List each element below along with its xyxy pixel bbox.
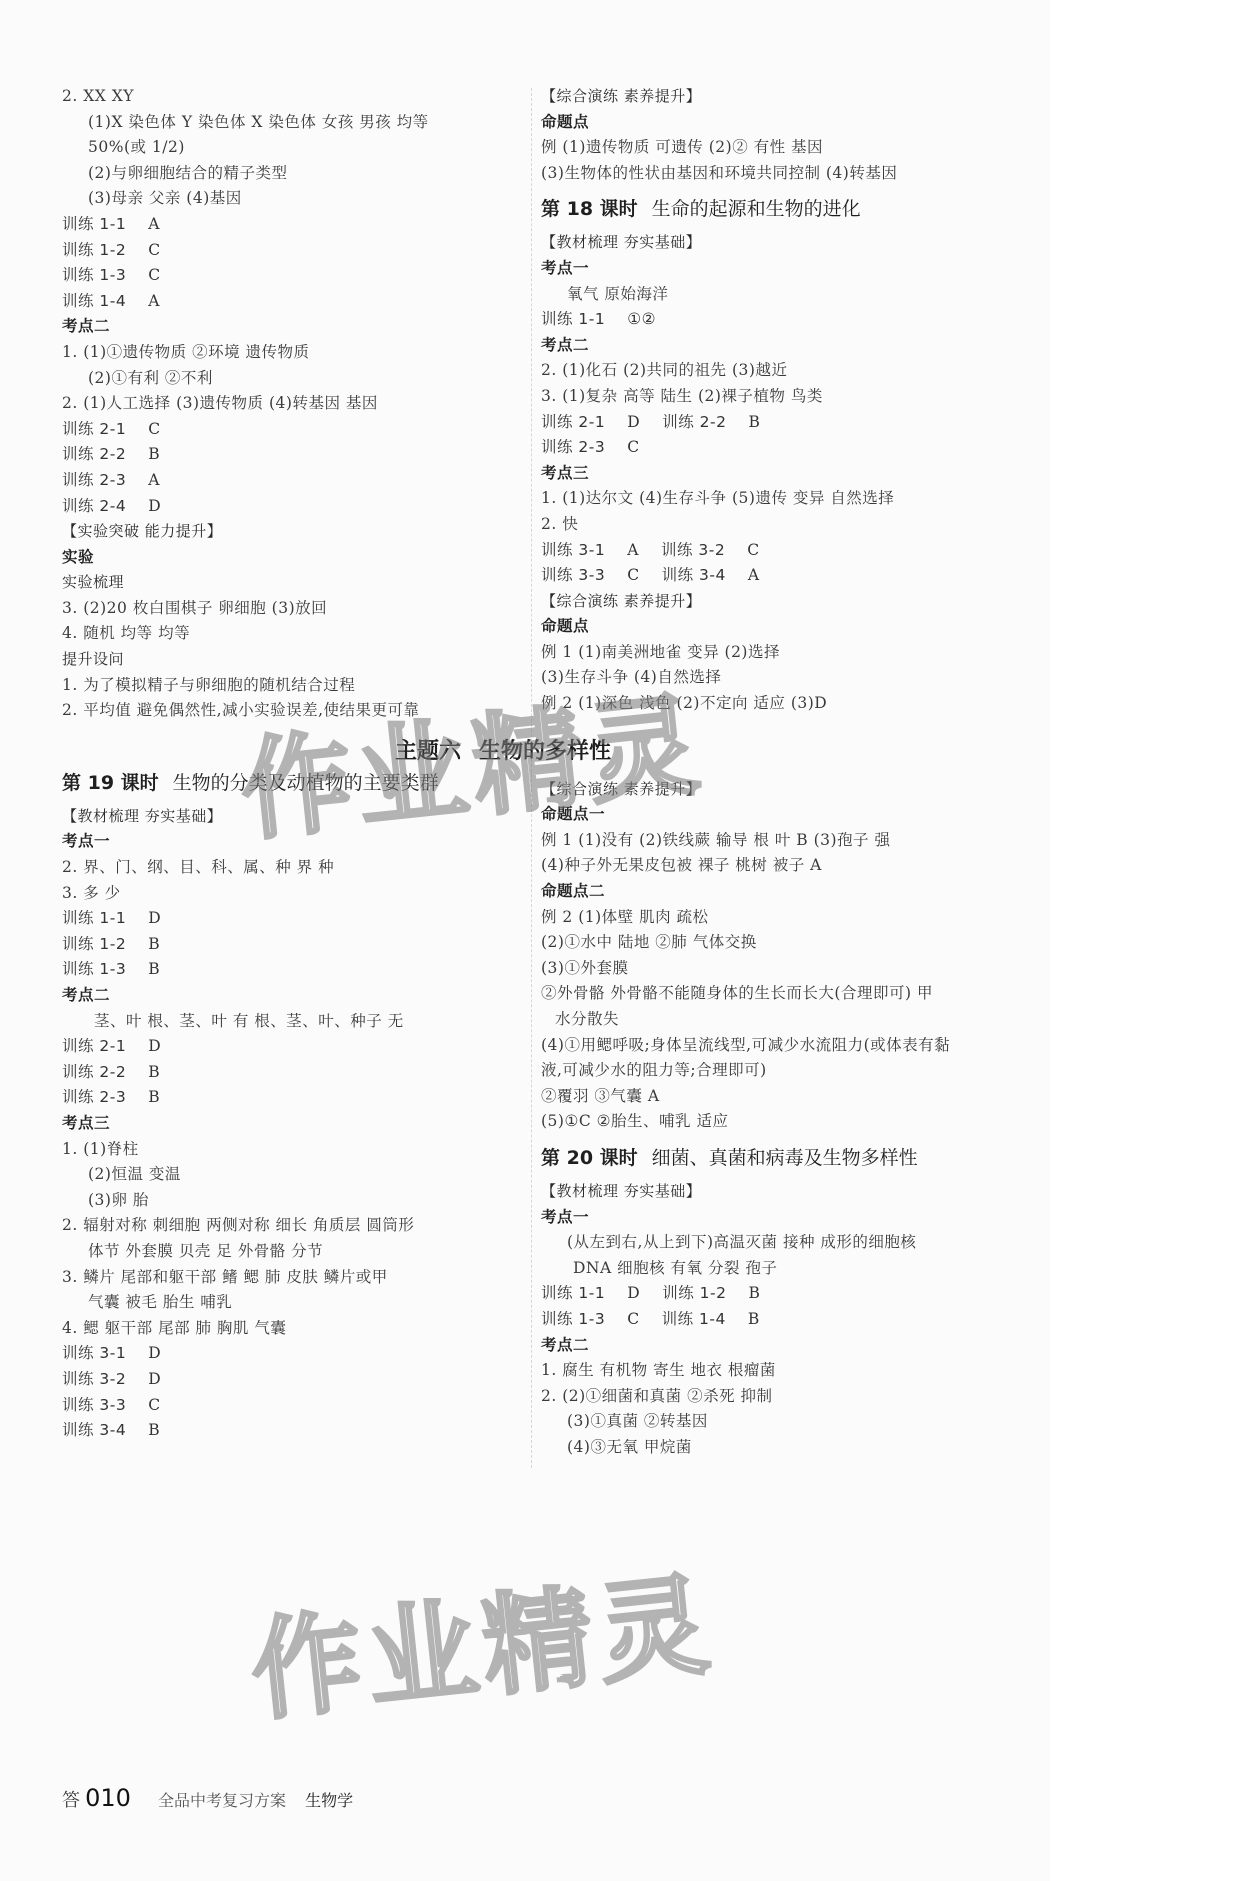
answer-line: 例 (1)遗传物质 可遗传 (2)② 有性 基因 (541, 135, 1021, 161)
drill-answer: 训练 2-4D (62, 494, 512, 520)
answer-line: 氧气 原始海洋 (541, 282, 1021, 308)
drill-answer-value: B (148, 935, 160, 953)
answer-line: (3)①真菌 ②转基因 (541, 1409, 1021, 1435)
drill-answer: 训练 2-1D训练 2-2B (541, 410, 1021, 436)
answer-line: 例 2 (1)体壁 肌肉 疏松 (541, 905, 1021, 931)
answer-line: 1. (1)脊柱 (62, 1137, 512, 1163)
drill-answer-value: B (748, 413, 760, 431)
answer-line: 体节 外套膜 贝壳 足 外骨骼 分节 (62, 1239, 512, 1265)
book-title: 全品中考复习方案 (158, 1791, 286, 1810)
drill-answer-value: B (148, 445, 160, 463)
drill-label: 训练 2-2 (62, 1063, 126, 1081)
section-label: 实验梳理 (62, 570, 512, 596)
drill-answer-value: A (148, 215, 160, 233)
answer-line: 2. 辐射对称 刺细胞 两侧对称 细长 角质层 圆筒形 (62, 1213, 512, 1239)
answer-line: (从左到右,从上到下)高温灭菌 接种 成形的细胞核 (541, 1230, 1021, 1256)
drill-label: 训练 1-2 (62, 241, 126, 259)
answer-line: 2. 快 (541, 512, 1021, 538)
drill-answer-value: A (748, 566, 760, 584)
left-answers-block-1: 2. XX XY(1)X 染色体 Y 染色体 X 染色体 女孩 男孩 均等50%… (62, 84, 512, 724)
subsection-heading: 考点三 (62, 1111, 512, 1137)
drill-label: 训练 2-3 (62, 1088, 126, 1106)
drill-answer-value: B (148, 1421, 160, 1439)
section-label: 【实验突破 能力提升】 (62, 519, 512, 545)
answer-line: (3)生物体的性状由基因和环境共同控制 (4)转基因 (541, 161, 1021, 187)
drill-answer-value: B (748, 1284, 760, 1302)
drill-label: 训练 3-4 (662, 566, 726, 584)
subject-label: 生物学 (305, 1791, 353, 1810)
drill-answer: 训练 1-1A (62, 212, 512, 238)
subsection-heading: 考点一 (541, 256, 1021, 282)
lesson-18-title: 第 18 课时生命的起源和生物的进化 (541, 192, 1021, 226)
answer-line: DNA 细胞核 有氧 分裂 孢子 (541, 1256, 1021, 1282)
answer-line: (2)①水中 陆地 ②肺 气体交换 (541, 930, 1021, 956)
drill-answer-value: D (627, 413, 640, 431)
answer-line: (5)①C ②胎生、哺乳 适应 (541, 1109, 1021, 1135)
subsection-heading: 考点二 (62, 983, 512, 1009)
answer-line: 50%(或 1/2) (62, 135, 512, 161)
drill-answer: 训练 1-3C (62, 263, 512, 289)
answer-line: (4)种子外无果皮包被 裸子 桃树 被子 A (541, 853, 1021, 879)
drill-answer-value: C (148, 241, 160, 259)
answer-line: (2)与卵细胞结合的精子类型 (62, 161, 512, 187)
drill-answer: 训练 2-3A (62, 468, 512, 494)
drill-answer-value: C (747, 541, 759, 559)
drill-label: 训练 1-1 (62, 215, 126, 233)
drill-answer: 训练 3-4B (62, 1418, 512, 1444)
drill-answer: 训练 2-3C (541, 435, 1021, 461)
drill-label: 训练 2-2 (62, 445, 126, 463)
subsection-heading: 命题点 (541, 110, 1021, 136)
drill-label: 训练 3-2 (62, 1370, 126, 1388)
drill-label: 训练 2-1 (62, 420, 126, 438)
subsection-heading: 命题点一 (541, 802, 1021, 828)
drill-answer-value: C (148, 266, 160, 284)
topic-heading: 主题六生物的多样性 (395, 734, 629, 765)
section-label: 【教材梳理 夯实基础】 (541, 230, 1021, 256)
drill-answer: 训练 2-2B (62, 1060, 512, 1086)
drill-answer-value: C (148, 1396, 160, 1414)
answer-line: (2)恒温 变温 (62, 1162, 512, 1188)
drill-label: 训练 3-3 (62, 1396, 126, 1414)
answer-line: 1. (1)达尔文 (4)生存斗争 (5)遗传 变异 自然选择 (541, 486, 1021, 512)
drill-answer-value: A (627, 541, 639, 559)
answer-line: 1. 为了模拟精子与卵细胞的随机结合过程 (62, 673, 512, 699)
drill-answer: 训练 1-4A (62, 289, 512, 315)
drill-label: 训练 3-1 (541, 541, 605, 559)
answer-line: 2. (1)化石 (2)共同的祖先 (3)越近 (541, 358, 1021, 384)
drill-label: 训练 1-1 (541, 1284, 605, 1302)
answer-line: (3)①外套膜 (541, 956, 1021, 982)
drill-label: 训练 3-2 (661, 541, 725, 559)
answer-line: 1. 腐生 有机物 寄生 地衣 根瘤菌 (541, 1358, 1021, 1384)
drill-answer: 训练 1-1①② (541, 307, 1021, 333)
drill-label: 训练 3-4 (62, 1421, 126, 1439)
drill-answer-value: D (148, 497, 161, 515)
drill-answer: 训练 3-1A训练 3-2C (541, 538, 1021, 564)
subsection-heading: 实验 (62, 545, 512, 571)
drill-answer-value: B (148, 1063, 160, 1081)
page-footer: 答 010 全品中考复习方案 生物学 (62, 1784, 353, 1812)
drill-answer: 训练 1-2C (62, 238, 512, 264)
watermark: 作业精灵 (243, 1536, 721, 1742)
answer-line: (4)③无氧 甲烷菌 (541, 1435, 1021, 1461)
drill-answer: 训练 3-3C训练 3-4A (541, 563, 1021, 589)
drill-answer-value: B (148, 1088, 160, 1106)
subsection-heading: 命题点二 (541, 879, 1021, 905)
answer-line: 2. XX XY (62, 84, 512, 110)
answer-line: (3)生存斗争 (4)自然选择 (541, 665, 1021, 691)
answer-line: (2)①有利 ②不利 (62, 366, 512, 392)
drill-label: 训练 2-3 (62, 471, 126, 489)
answer-line: 例 2 (1)深色 浅色 (2)不定向 适应 (3)D (541, 691, 1021, 717)
right-column: 【综合演练 素养提升】命题点例 (1)遗传物质 可遗传 (2)② 有性 基因(3… (541, 84, 1021, 1461)
drill-answer-value: A (148, 471, 160, 489)
drill-answer-value: D (148, 909, 161, 927)
drill-answer: 训练 1-1D (62, 906, 512, 932)
answer-line: 2. 界、门、纲、目、科、属、种 界 种 (62, 855, 512, 881)
answer-line: 例 1 (1)没有 (2)铁线蕨 输导 根 叶 B (3)孢子 强 (541, 828, 1021, 854)
drill-answer: 训练 1-3C训练 1-4B (541, 1307, 1021, 1333)
section-label: 提升设问 (62, 647, 512, 673)
drill-answer: 训练 1-3B (62, 957, 512, 983)
drill-label: 训练 2-1 (541, 413, 605, 431)
answer-line: 液,可减少水的阻力等;合理即可) (541, 1058, 1021, 1084)
drill-label: 训练 1-3 (541, 1310, 605, 1328)
drill-label: 训练 2-1 (62, 1037, 126, 1055)
section-label: 【综合演练 素养提升】 (541, 777, 1021, 803)
drill-answer: 训练 2-3B (62, 1085, 512, 1111)
subsection-heading: 考点一 (541, 1205, 1021, 1231)
subsection-heading: 考点三 (541, 461, 1021, 487)
subsection-heading: 考点二 (541, 1333, 1021, 1359)
subsection-heading: 考点二 (62, 314, 512, 340)
drill-label: 训练 1-2 (62, 935, 126, 953)
drill-answer-value: C (627, 438, 639, 456)
drill-answer-value: C (627, 1310, 639, 1328)
subsection-heading: 考点二 (541, 333, 1021, 359)
answer-page: 2. XX XY(1)X 染色体 Y 染色体 X 染色体 女孩 男孩 均等50%… (0, 0, 1050, 1881)
section-label: 【教材梳理 夯实基础】 (541, 1179, 1021, 1205)
answer-line: 茎、叶 根、茎、叶 有 根、茎、叶、种子 无 (62, 1009, 512, 1035)
drill-answer-value: D (627, 1284, 640, 1302)
drill-label: 训练 2-4 (62, 497, 126, 515)
drill-label: 训练 1-4 (662, 1310, 726, 1328)
drill-answer-value: C (627, 566, 639, 584)
answer-line: ②外骨骼 外骨骼不能随身体的生长而长大(合理即可) 甲 (541, 981, 1021, 1007)
answer-line: 4. 鳃 躯干部 尾部 肺 胸肌 气囊 (62, 1316, 512, 1342)
drill-answer-value: D (148, 1037, 161, 1055)
lesson-20-title: 第 20 课时细菌、真菌和病毒及生物多样性 (541, 1141, 1021, 1175)
drill-label: 训练 1-3 (62, 960, 126, 978)
drill-answer-value: D (148, 1370, 161, 1388)
answer-line: 3. 鳞片 尾部和躯干部 鳍 鳃 肺 皮肤 鳞片或甲 (62, 1265, 512, 1291)
answer-line: 2. 平均值 避免偶然性,减小实验误差,使结果更可靠 (62, 698, 512, 724)
answer-line: 3. (1)复杂 高等 陆生 (2)裸子植物 鸟类 (541, 384, 1021, 410)
drill-label: 训练 1-3 (62, 266, 126, 284)
answer-line: (4)①用鳃呼吸;身体呈流线型,可减少水流阻力(或体表有黏 (541, 1033, 1021, 1059)
drill-answer: 训练 2-1C (62, 417, 512, 443)
drill-answer: 训练 3-2D (62, 1367, 512, 1393)
answer-line: 3. (2)20 枚白围棋子 卵细胞 (3)放回 (62, 596, 512, 622)
section-label: 【综合演练 素养提升】 (541, 84, 1021, 110)
drill-answer-value: B (748, 1310, 760, 1328)
answer-line: ②覆羽 ③气囊 A (541, 1084, 1021, 1110)
answer-line: 4. 随机 均等 均等 (62, 621, 512, 647)
drill-answer: 训练 2-2B (62, 442, 512, 468)
answer-line: 2. (1)人工选择 (3)遗传物质 (4)转基因 基因 (62, 391, 512, 417)
answer-line: 气囊 被毛 胎生 哺乳 (62, 1290, 512, 1316)
drill-label: 训练 2-2 (662, 413, 726, 431)
drill-answer: 训练 1-2B (62, 932, 512, 958)
answer-line: (3)卵 胎 (62, 1188, 512, 1214)
drill-label: 训练 3-1 (62, 1344, 126, 1362)
page-number: 010 (85, 1784, 131, 1812)
subsection-heading: 考点一 (62, 829, 512, 855)
subsection-heading: 命题点 (541, 614, 1021, 640)
drill-label: 训练 3-3 (541, 566, 605, 584)
section-label: 【教材梳理 夯实基础】 (62, 804, 512, 830)
drill-answer-value: ①② (627, 310, 656, 328)
answer-line: 2. (2)①细菌和真菌 ②杀死 抑制 (541, 1384, 1021, 1410)
answer-line: (1)X 染色体 Y 染色体 X 染色体 女孩 男孩 均等 (62, 110, 512, 136)
right-answers-block-2: 【教材梳理 夯实基础】考点一氧气 原始海洋训练 1-1①②考点二2. (1)化石… (541, 230, 1021, 716)
drill-label: 训练 2-3 (541, 438, 605, 456)
answer-line: (3)母亲 父亲 (4)基因 (62, 186, 512, 212)
left-answers-block-2: 【教材梳理 夯实基础】考点一2. 界、门、纲、目、科、属、种 界 种3. 多 少… (62, 804, 512, 1444)
drill-label: 训练 1-2 (662, 1284, 726, 1302)
drill-answer: 训练 1-1D训练 1-2B (541, 1281, 1021, 1307)
drill-answer: 训练 3-3C (62, 1393, 512, 1419)
answer-line: 例 1 (1)南美洲地雀 变异 (2)选择 (541, 640, 1021, 666)
right-answers-block-4: 【教材梳理 夯实基础】考点一(从左到右,从上到下)高温灭菌 接种 成形的细胞核D… (541, 1179, 1021, 1461)
section-label: 【综合演练 素养提升】 (541, 589, 1021, 615)
answer-line: 1. (1)①遗传物质 ②环境 遗传物质 (62, 340, 512, 366)
drill-answer: 训练 3-1D (62, 1341, 512, 1367)
drill-answer-value: C (148, 420, 160, 438)
lesson-19-title: 第 19 课时生物的分类及动植物的主要类群 (62, 766, 512, 800)
drill-answer: 训练 2-1D (62, 1034, 512, 1060)
answer-line: 水分散失 (541, 1007, 1021, 1033)
drill-label: 训练 1-1 (541, 310, 605, 328)
answer-line: 3. 多 少 (62, 881, 512, 907)
column-divider (531, 88, 532, 1468)
drill-label: 训练 1-1 (62, 909, 126, 927)
drill-label: 训练 1-4 (62, 292, 126, 310)
drill-answer-value: D (148, 1344, 161, 1362)
right-answers-block-1: 【综合演练 素养提升】命题点例 (1)遗传物质 可遗传 (2)② 有性 基因(3… (541, 84, 1021, 186)
drill-answer-value: B (148, 960, 160, 978)
drill-answer-value: A (148, 292, 160, 310)
right-answers-block-3: 【综合演练 素养提升】命题点一例 1 (1)没有 (2)铁线蕨 输导 根 叶 B… (541, 777, 1021, 1135)
